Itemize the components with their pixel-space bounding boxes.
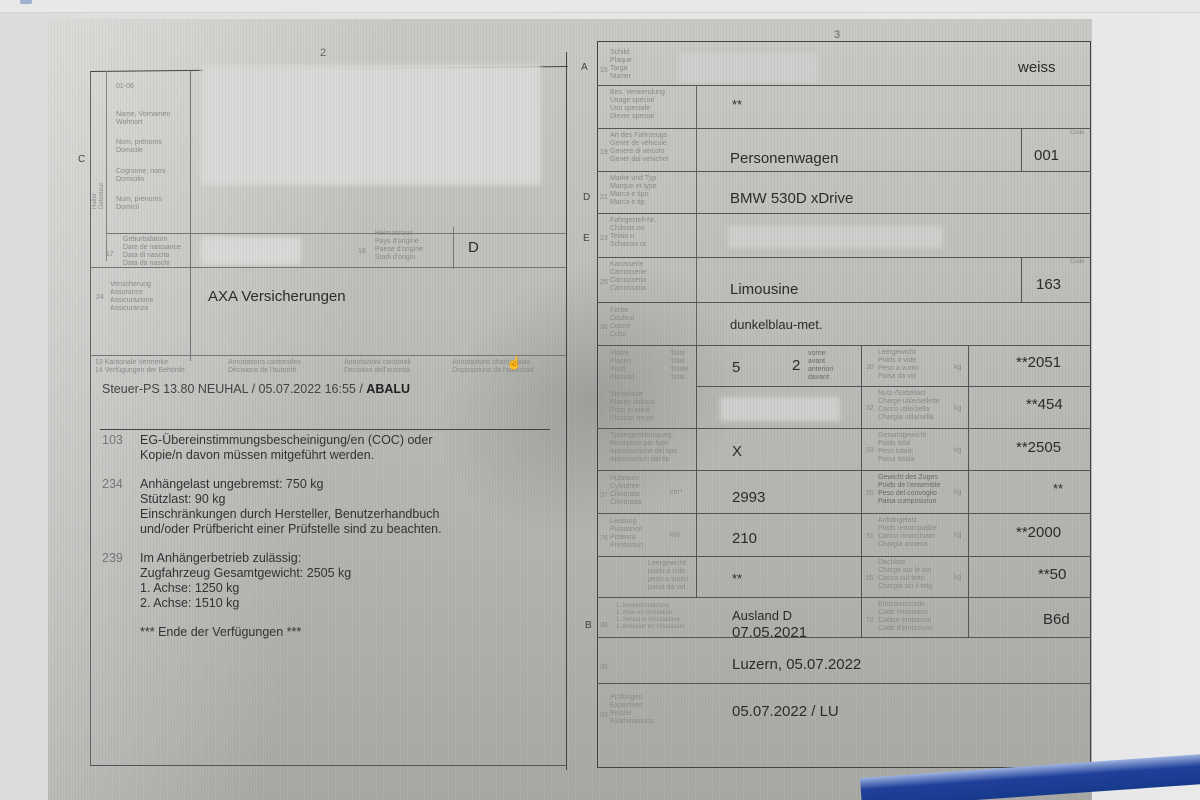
displacement-label: Hubraum Cylindrée Cilindrata Cilindrada [610,475,642,507]
divider [968,345,969,637]
vehicle-type-value: Personenwagen [730,150,838,167]
displacement-value: 2993 [732,489,765,506]
body-code: 163 [1036,276,1061,293]
trailer-load-unit: kg [954,532,961,540]
plate-number-redacted [678,53,818,83]
divider [1021,128,1022,171]
section-letter-a: A [581,62,588,73]
divider [861,345,862,637]
train-weight-value: ** [1053,481,1063,496]
remark-line: EG-Übereinstimmungsbescheinigung/en (COC… [140,433,562,448]
right-label-column-divider [696,85,697,355]
chassis-number-redacted [728,226,943,248]
power-label: Leistung Puissance Potenza Prestaziun [610,518,643,550]
authority-label-it: Annotazioni cantonali Decisioni dell'aut… [344,359,411,375]
color-value: dunkelblau-met. [730,317,823,332]
divider [597,302,1091,303]
make-type-value: BMW 530D xDrive [730,190,853,207]
holder-label-de: Name, Vornamen Wohnort [116,111,170,127]
inspection-label: Prüfungen Expertises Perizie Examinaziun… [610,694,654,726]
remark-item: 234 Anhängelast ungebremst: 750 kg Stütz… [102,477,562,537]
vehicle-type-code: 001 [1034,147,1059,164]
divider [597,257,1091,258]
first-registration-country: Ausland D [732,608,792,623]
divider [90,267,566,268]
holder-name-redacted [201,65,541,185]
field-no-25: 25 [600,279,608,286]
holder-label-fr: Nom, prénoms Domicile [116,139,162,155]
field-no-55: 55 [866,575,874,582]
remark-item: 239 Im Anhängerbetrieb zulässig: Zugfahr… [102,551,562,611]
section-letter-d: D [583,192,590,203]
remarks-end: *** Ende der Verfügungen *** [102,625,562,640]
color-label: Farbe Couleur Colore Colur [610,307,635,339]
empty-weight-left-label: Leergewicht poids à vide peso a vuoto pa… [648,560,688,592]
divider [1021,257,1022,302]
insurance-value: AXA Versicherungen [208,288,346,305]
remark-line: 1. Achse: 1250 kg [140,581,562,596]
authority-label-de: 13 Kantonale Vermerke 14 Verfügungen der… [95,359,185,375]
birthdate-label: Geburtsdatum Date de naissance Data di n… [123,236,181,268]
payload-unit: kg [954,405,961,413]
type-approval-value: X [732,443,742,460]
empty-weight-label: Leergewicht Poids à vide Peso a vuoto Pa… [878,349,919,381]
document-page: 2 3 C Halter Détenteur 01-06 Name, Vorna… [48,19,1092,800]
field-no-30: 30 [866,364,874,371]
origin-value: D [468,239,479,256]
remark-item: 103 EG-Übereinstimmungsbescheinigung/en … [102,433,562,463]
emission-code-value: B6d [1043,611,1070,628]
trailer-load-label: Anhängelast Poids remorquable Carico rim… [878,517,937,549]
roof-load-label: Dachlast Charge sur le toit Carico sul t… [878,559,932,591]
total-weight-value: **2505 [1016,439,1061,456]
section-letter-b: B [585,620,592,631]
body-code-label: Code [1070,259,1084,265]
field-no-15: 15 [600,67,608,74]
divider [597,470,1091,471]
section-letter-e: E [583,233,590,244]
divider [90,355,566,356]
train-weight-unit: kg [954,489,961,497]
total-weight-label: Gesamtgewicht Poids total Peso totale Pa… [878,432,926,464]
divider [597,345,1091,346]
left-panel-bottom-border [90,765,567,766]
field-no-21: 21 [600,194,608,201]
issue-place-date: Luzern, 05.07.2022 [732,656,861,673]
authority-label-fr: Annotations cantonales Décisions de l'au… [228,359,301,375]
field-no-38: 38 [600,664,608,671]
divider [453,227,454,269]
viewer-toolbar [0,0,1200,13]
remark-code: 103 [102,433,123,448]
remark-line: 2. Achse: 1510 kg [140,596,562,611]
remark-line: Zugfahrzeug Gesamtgewicht: 2505 kg [140,566,562,581]
displacement-unit: cm³ [670,489,682,497]
field-no-23: 23 [600,235,608,242]
divider [597,428,1091,429]
special-use-value: ** [732,97,742,112]
divider [597,556,1091,557]
payload-label: Nutz-/Sattellast Charge utile/sellette C… [878,390,940,422]
remarks-list: 103 EG-Übereinstimmungsbescheinigung/en … [102,433,562,640]
seats-front-value: 2 [792,357,800,374]
special-use-label: Bes. Verwendung Usage spécial Uso specia… [610,89,665,121]
empty-weight-value: **2051 [1016,354,1061,371]
tax-hp-text: Steuer-PS 13.80 NEUHAL / 05.07.2022 16:5… [102,382,366,396]
vehicle-type-label: Art des Fahrzeugs Genre de véhicule Gene… [610,132,668,164]
page-number-left: 2 [320,47,326,59]
left-label-column-divider [190,71,191,361]
empty-weight-left-value: ** [732,571,742,586]
remarks-top-rule [100,429,550,430]
remark-code: 234 [102,477,123,492]
left-panel-left-border [90,71,91,765]
field-no-76: 76 [600,535,608,542]
type-approval-label: Typengenehmigung Réception par type Appr… [610,432,677,464]
tax-hp-user: ABALU [366,382,410,396]
trailer-load-value: **2000 [1016,524,1061,541]
section-letter-c: C [78,154,85,165]
field-no-72: 72 [866,617,874,624]
hand-cursor-icon: ☝ [506,355,522,371]
power-value: 210 [732,530,757,547]
left-panel-right-border [566,52,567,770]
page-number-right: 3 [834,29,840,41]
holder-label-rm: Num, prenums Domicil [116,196,162,212]
body-value: Limousine [730,281,798,298]
payload-value: **454 [1026,396,1063,413]
remark-line: Im Anhängerbetrieb zulässig: [140,551,562,566]
make-type-label: Marke und Typ Marque et type Marca e tip… [610,175,657,207]
first-registration-label: 1. Inverkehrsetzung 1. mise en circulati… [616,603,685,631]
divider [696,386,1091,387]
field-no-35: 35 [866,490,874,497]
birthdate-redacted [201,237,301,265]
roof-load-value: **50 [1038,566,1066,583]
vehicle-type-code-label: Code [1070,130,1084,136]
standing-places-label: Stehplätze Places debout Posti in piedi … [610,391,654,423]
inspection-value: 05.07.2022 / LU [732,703,839,720]
holder-label-it: Cognome, nomi Domicilio [116,168,165,184]
divider [597,85,1091,86]
divider [597,683,1091,684]
first-registration-date: 07.05.2021 [732,624,807,641]
field-no-31: 31 [866,533,874,540]
field-no-37: 37 [600,492,608,499]
emission-code-label: Emissionscode Code émissions Codice emis… [878,601,933,633]
seats-front-label: vorne avant anteriori davant [808,350,833,382]
divider [597,213,1091,214]
plate-color-value: weiss [1018,59,1056,76]
remark-line: und/oder Prüfbericht einer Prüfstelle si… [140,522,562,537]
field-no-18: 18 [358,248,366,255]
standing-places-redacted [720,397,840,421]
divider [597,637,1091,638]
remark-line: Stützlast: 90 kg [140,492,562,507]
holder-label-code: 01-06 [116,83,134,91]
field-no-24: 24 [96,294,104,301]
field-no-26: 26 [600,324,608,331]
field-no-33: 33 [866,447,874,454]
divider [597,128,1091,129]
roof-load-unit: kg [954,574,961,582]
toolbar-button[interactable] [20,0,32,4]
tax-hp-line: Steuer-PS 13.80 NEUHAL / 05.07.2022 16:5… [102,382,410,396]
divider [696,345,697,597]
remark-line: Anhängelast ungebremst: 750 kg [140,477,562,492]
field-no-39: 39 [600,712,608,719]
divider [597,597,1091,598]
power-unit: kW [670,532,680,540]
holder-group-label: Halter Détenteur [92,183,106,209]
field-no-32: 32 [866,405,874,412]
plate-label: Schild Plaque Targa Numer [610,49,632,81]
chassis-label: Fahrgestell-Nr. Châssis no Telaio n. Sch… [610,217,656,249]
field-no-36: 36 [600,622,608,629]
divider [106,233,566,234]
seats-label: Plätze Places Posti Plazzas [610,350,635,382]
train-weight-label: Gewicht des Zuges Poids de l'ensemble Pe… [878,474,940,506]
seats-total-label: Total Total Totale Total [670,350,689,382]
body-label: Karosserie Carrosserie Carrozzeria Carro… [610,261,646,293]
empty-weight-unit: kg [954,364,961,372]
field-no-19: 19 [600,149,608,156]
remark-line: Kopie/n davon müssen mitgeführt werden. [140,448,562,463]
divider [597,513,1091,514]
seats-total-value: 5 [732,359,740,376]
origin-label: Heimatstaat Pays d'origine Paese d'origi… [375,230,423,262]
total-weight-unit: kg [954,447,961,455]
divider [597,171,1091,172]
remark-code: 239 [102,551,123,566]
remark-line: Einschränkungen durch Hersteller, Benutz… [140,507,562,522]
field-no-17: 17 [106,251,114,258]
insurance-label: Versicherung Assurance Assicurazione Ass… [110,281,154,313]
